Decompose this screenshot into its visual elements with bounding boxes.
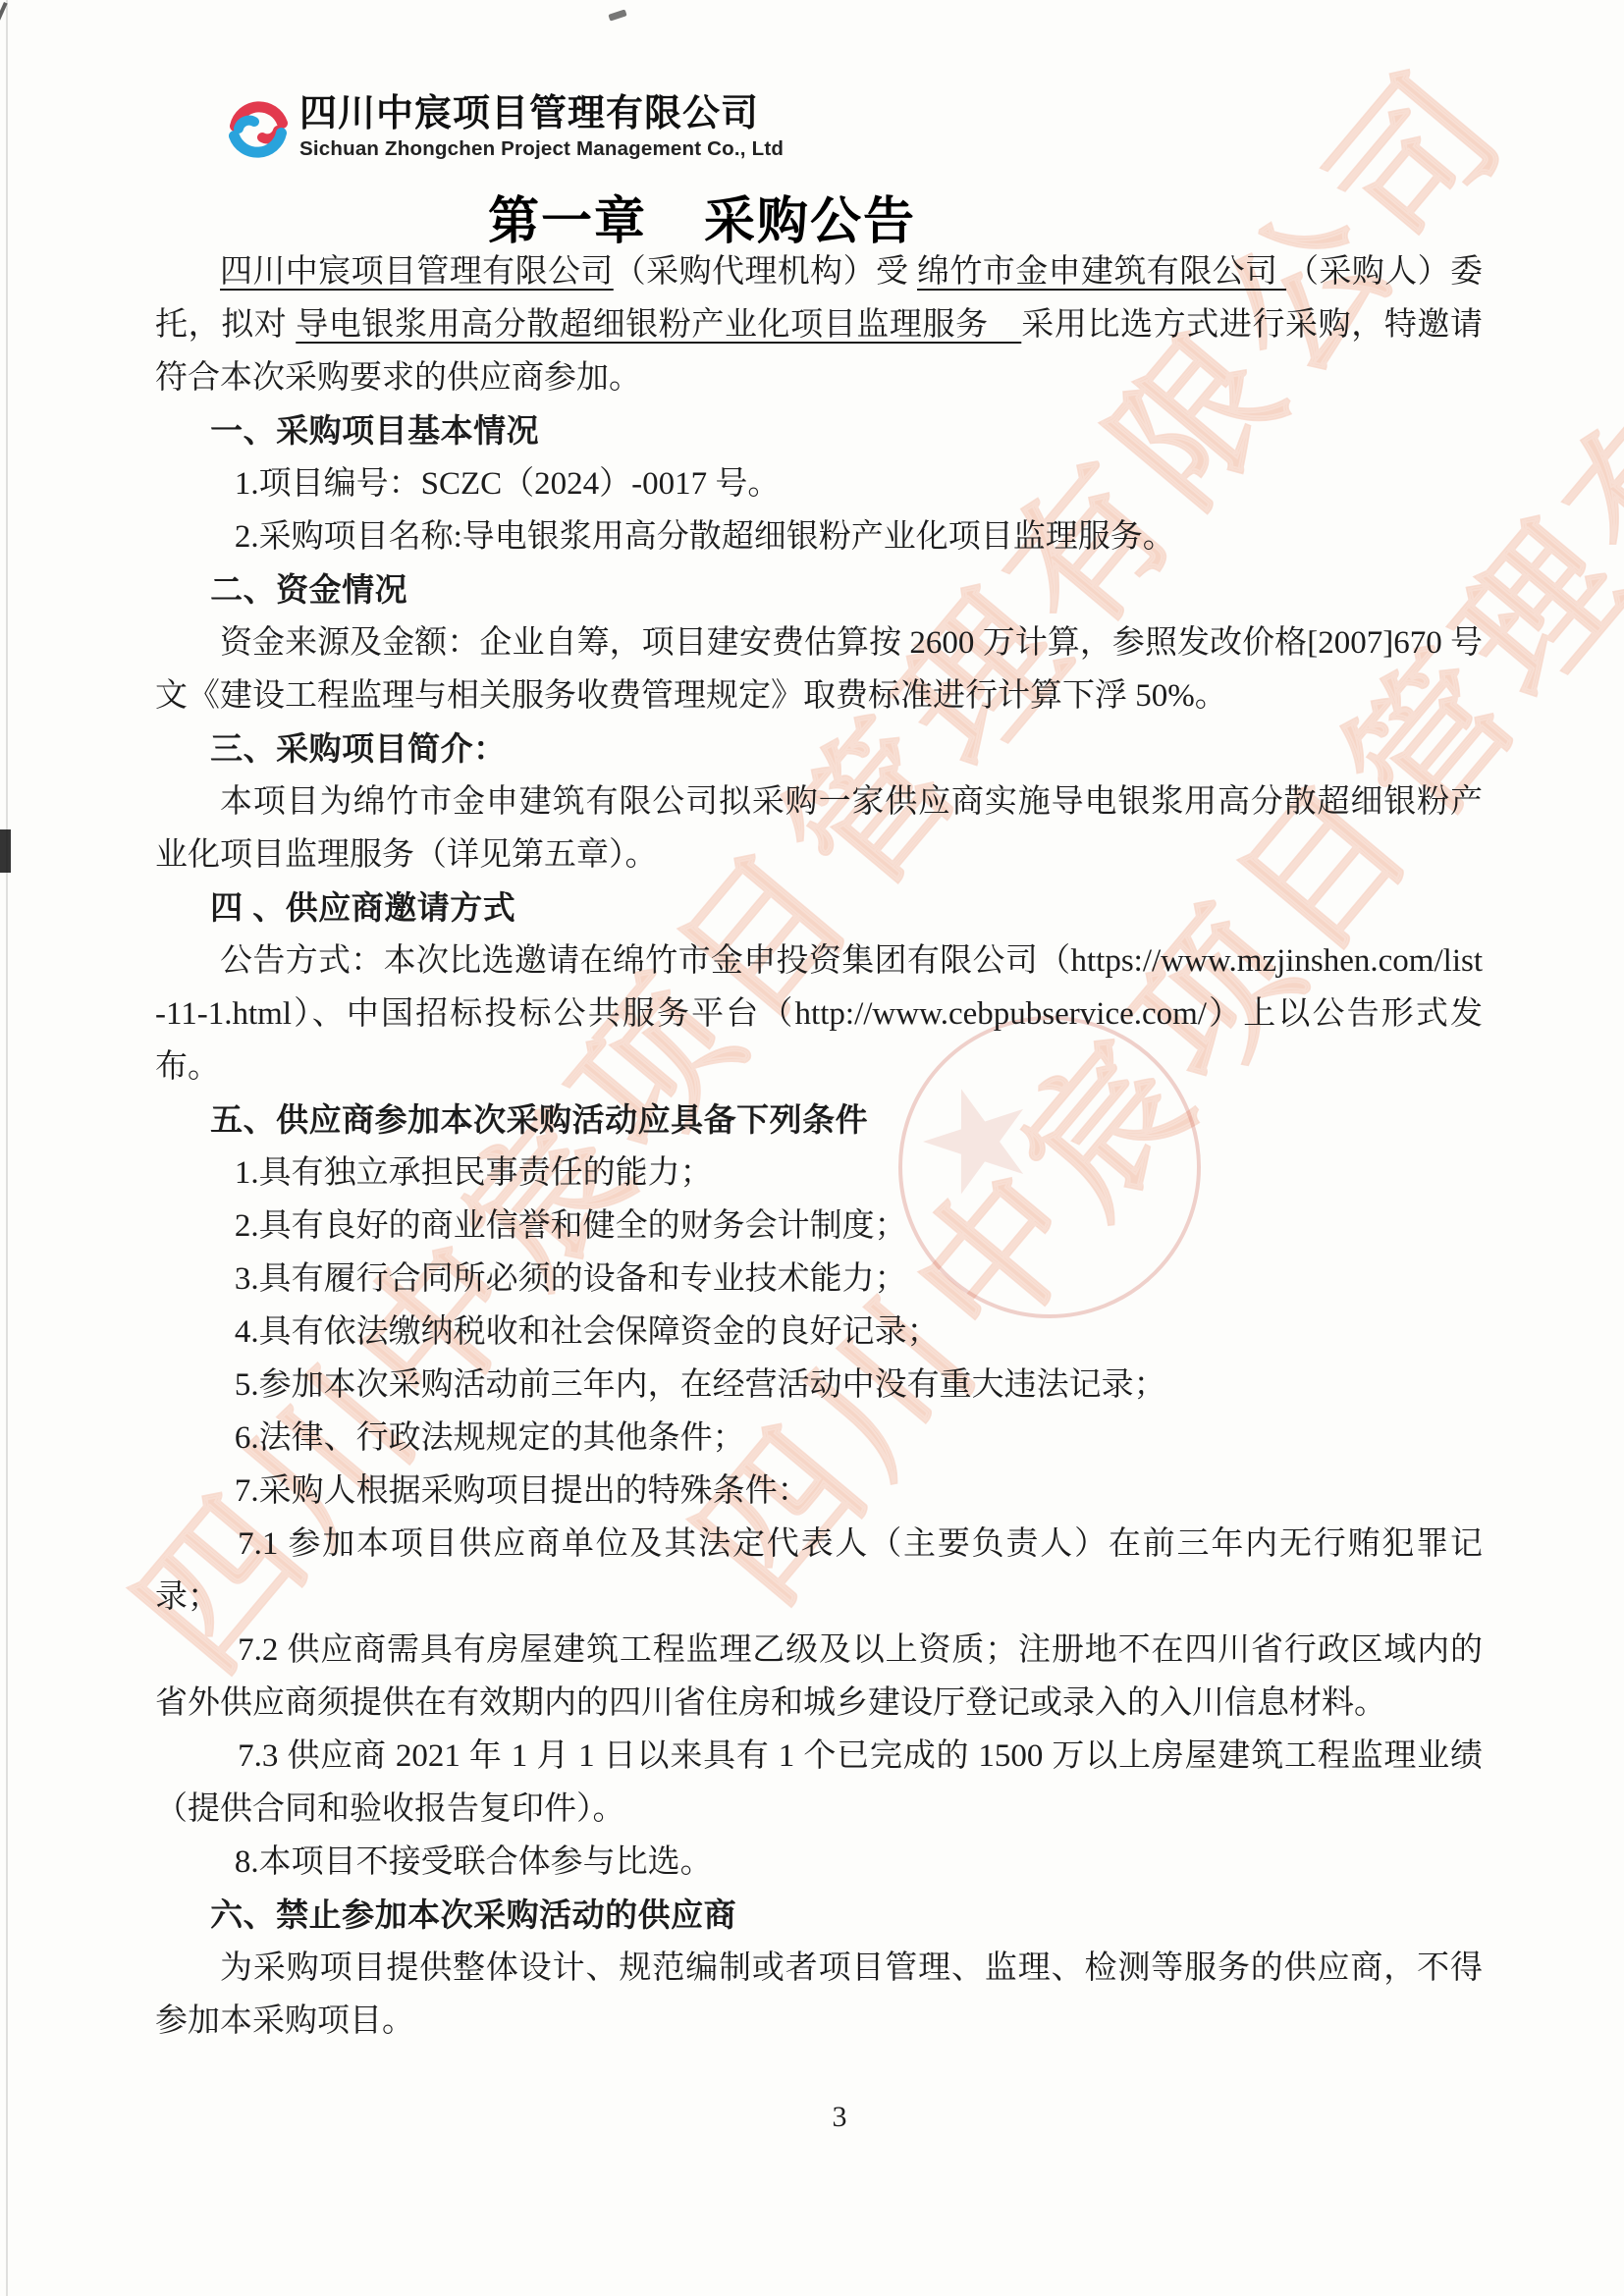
section-heading: 三、采购项目简介： — [155, 722, 1483, 775]
page-title: 第一章采购公告 — [0, 180, 1514, 253]
underlined-text: 绵竹市金申建筑有限公司 — [917, 254, 1286, 290]
paragraph: 1.项目编号：SCZC（2024）-0017 号。 — [155, 457, 1483, 510]
paragraph: 2.具有良好的商业信誉和健全的财务会计制度； — [155, 1200, 1483, 1253]
paragraph: 6.法律、行政法规规定的其他条件； — [155, 1412, 1483, 1465]
underlined-text: 四川中宸项目管理有限公司 — [220, 254, 614, 290]
section-heading: 一、采购项目基本情况 — [155, 404, 1483, 457]
document-body: 四川中宸项目管理有限公司（采购代理机构）受 绵竹市金申建筑有限公司 （采购人）委… — [155, 245, 1483, 2048]
paragraph: 四川中宸项目管理有限公司（采购代理机构）受 绵竹市金申建筑有限公司 （采购人）委… — [155, 245, 1483, 404]
paragraph: 资金来源及金额：企业自筹，项目建安费估算按 2600 万计算，参照发改价格[20… — [155, 616, 1483, 722]
company-logo: 四川中宸项目管理有限公司 Sichuan Zhongchen Project M… — [227, 92, 784, 162]
paragraph: 本项目为绵竹市金申建筑有限公司拟采购一家供应商实施导电银浆用高分散超细银粉产业化… — [155, 775, 1483, 881]
company-logo-icon — [227, 98, 290, 161]
paragraph: 7.2 供应商需具有房屋建筑工程监理乙级及以上资质；注册地不在四川省行政区域内的… — [155, 1624, 1483, 1730]
section-heading: 六、禁止参加本次采购活动的供应商 — [155, 1889, 1483, 1942]
paragraph: 1.具有独立承担民事责任的能力； — [155, 1147, 1483, 1200]
paragraph: 5.参加本次采购活动前三年内，在经营活动中没有重大违法记录； — [155, 1359, 1483, 1412]
paragraph: 公告方式：本次比选邀请在绵竹市金申投资集团有限公司（https://www.mz… — [155, 934, 1483, 1094]
paragraph: 7.采购人根据采购项目提出的特殊条件： — [155, 1465, 1483, 1518]
scan-edge-line — [6, 0, 8, 2296]
company-name-zh: 四川中宸项目管理有限公司 — [299, 92, 784, 135]
text-run: （采购代理机构）受 — [614, 254, 917, 290]
chapter-label: 第一章 — [488, 193, 647, 250]
page-number: 3 — [27, 2101, 1624, 2134]
section-heading: 四 、供应商邀请方式 — [155, 881, 1483, 934]
underlined-text: 导电银浆用高分散超细银粉产业化项目监理服务 — [296, 307, 1021, 343]
paragraph: 为采购项目提供整体设计、规范编制或者项目管理、监理、检测等服务的供应商，不得参加… — [155, 1942, 1483, 2048]
company-name-en: Sichuan Zhongchen Project Management Co.… — [299, 136, 784, 162]
paragraph: 4.具有依法缴纳税收和社会保障资金的良好记录； — [155, 1306, 1483, 1359]
paragraph: 8.本项目不接受联合体参与比选。 — [155, 1836, 1483, 1889]
scan-left-mark — [0, 829, 11, 873]
section-heading: 五、供应商参加本次采购活动应具备下列条件 — [155, 1094, 1483, 1147]
paragraph: 7.1 参加本项目供应商单位及其法定代表人（主要负责人）在前三年内无行贿犯罪记录… — [155, 1518, 1483, 1624]
paragraph: 2.采购项目名称:导电银浆用高分散超细银粉产业化项目监理服务。 — [155, 510, 1483, 563]
chapter-name: 采购公告 — [704, 193, 916, 250]
document-page: 四川中宸项目管理有限公司 四川中宸项目管理有限公司 ★ 四川中宸项目管理有限公司… — [0, 0, 1624, 2296]
paragraph: 3.具有履行合同所必须的设备和专业技术能力； — [155, 1253, 1483, 1306]
scan-top-mark — [608, 9, 626, 21]
paragraph: 7.3 供应商 2021 年 1 月 1 日以来具有 1 个已完成的 1500 … — [155, 1730, 1483, 1836]
section-heading: 二、资金情况 — [155, 563, 1483, 616]
